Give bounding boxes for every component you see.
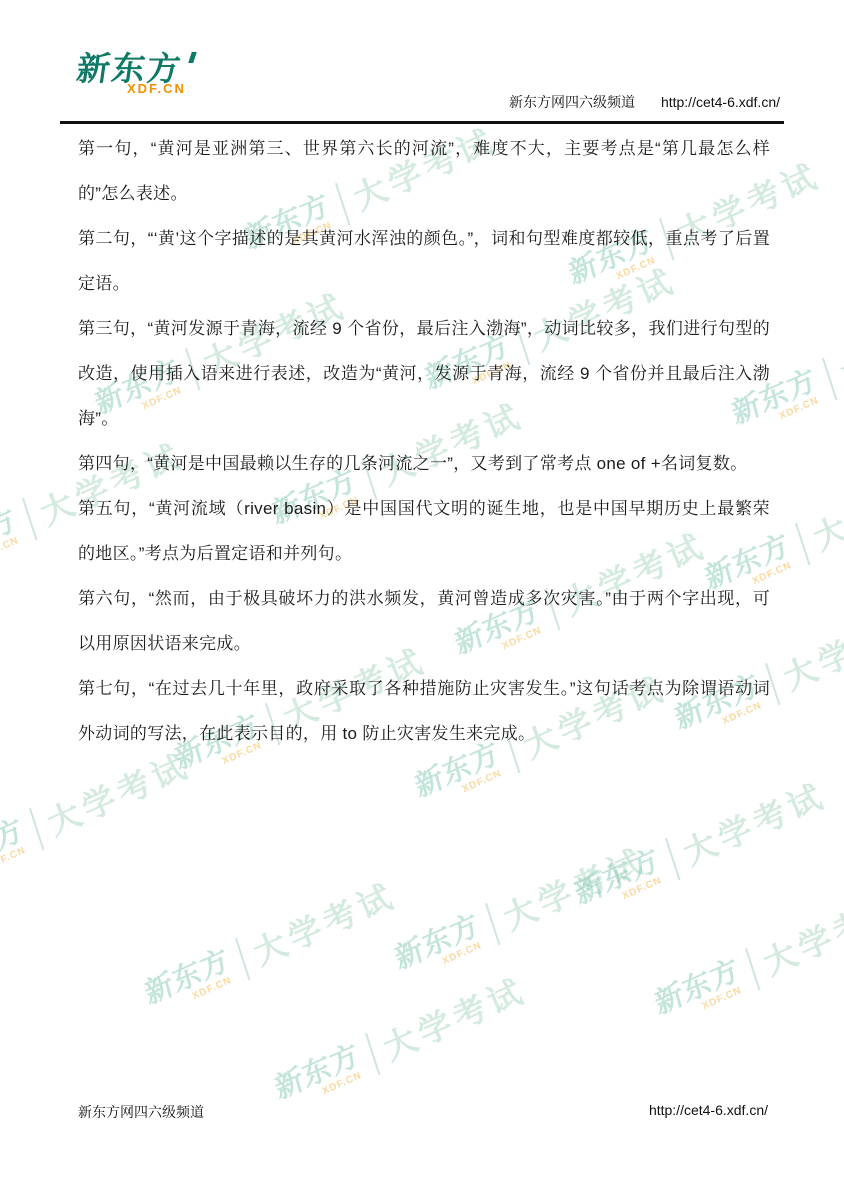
watermark-logo: 新东方XDF.CN — [570, 846, 669, 919]
watermark-logo: 新东方XDF.CN — [140, 946, 239, 1019]
watermark: 新东方XDF.CN大学考试 — [569, 770, 833, 922]
watermark-divider — [22, 497, 37, 539]
footer-url: http://cet4-6.xdf.cn/ — [649, 1102, 768, 1122]
watermark-logo: 新东方XDF.CN — [0, 506, 26, 579]
watermark-exam-text: 大学考试 — [755, 880, 844, 985]
watermark-divider — [365, 1032, 380, 1074]
watermark-domain-text: XDF.CN — [441, 938, 489, 967]
watermark-divider — [29, 807, 44, 849]
watermark-brand-text: 新东方 — [0, 815, 26, 880]
watermark-divider — [745, 947, 760, 989]
paragraph-sentence-5: 第五句，“黄河流域（river basin）是中国国代文明的诞生地，也是中国早期… — [78, 486, 770, 576]
watermark-domain-text: XDF.CN — [191, 973, 239, 1002]
watermark-divider — [795, 522, 810, 564]
watermark-domain-text: XDF.CN — [778, 393, 826, 422]
paragraph-sentence-7: 第七句，“在过去几十年里，政府采取了各种措施防止灾害发生。”这句话考点为除谓语动… — [78, 666, 770, 756]
watermark-brand-text: 新东方 — [272, 1040, 362, 1105]
watermark: 新东方XDF.CN大学考试 — [139, 870, 403, 1022]
watermark-exam-text: 大学考试 — [775, 595, 844, 700]
watermark-domain-text: XDF.CN — [0, 843, 33, 872]
watermark-brand-text: 新东方 — [572, 845, 662, 910]
watermark-divider — [665, 837, 680, 879]
watermark: 新东方XDF.CN大学考试 — [649, 880, 844, 1032]
watermark-domain-text: XDF.CN — [621, 873, 669, 902]
watermark-exam-text: 大学考试 — [495, 835, 653, 940]
header-url: http://cet4-6.xdf.cn/ — [661, 94, 780, 110]
watermark-logo: 新东方XDF.CN — [650, 956, 749, 1029]
paragraph-sentence-6: 第六句，“然而，由于极具破坏力的洪水频发，黄河曾造成多次灾害。”由于两个字出现，… — [78, 576, 770, 666]
paragraph-sentence-1: 第一句，“黄河是亚洲第三、世界第六长的河流”，难度不大，主要考点是“第几最怎么样… — [78, 126, 770, 216]
watermark-exam-text: 大学考试 — [245, 870, 403, 975]
watermark-exam-text: 大学考试 — [375, 965, 533, 1070]
watermark-brand-text: 新东方 — [0, 505, 19, 570]
header-channel-name: 新东方网四六级频道 — [509, 94, 635, 110]
watermark-exam-text: 大学考试 — [805, 455, 844, 560]
xdf-logo-tick-icon — [188, 52, 197, 63]
header-meta: 新东方网四六级频道 http://cet4-6.xdf.cn/ — [509, 92, 780, 112]
watermark: 新东方XDF.CN大学考试 — [389, 835, 653, 987]
xdf-logo: 新东方 XDF.CN — [77, 52, 186, 95]
watermark-domain-text: XDF.CN — [701, 983, 749, 1012]
watermark-domain-text: XDF.CN — [0, 533, 26, 562]
page-header: 新东方 XDF.CN 新东方网四六级频道 http://cet4-6.xdf.c… — [60, 0, 784, 124]
watermark-brand-text: 新东方 — [392, 910, 482, 975]
document-body: 第一句，“黄河是亚洲第三、世界第六长的河流”，难度不大，主要考点是“第几最怎么样… — [78, 126, 770, 756]
watermark-logo: 新东方XDF.CN — [390, 911, 489, 984]
paragraph-sentence-4: 第四句，“黄河是中国最赖以生存的几条河流之一”，又考到了常考点 one of +… — [78, 441, 770, 486]
page-footer: 新东方网四六级频道 http://cet4-6.xdf.cn/ — [78, 1102, 768, 1122]
watermark: 新东方XDF.CN大学考试 — [269, 965, 533, 1117]
watermark-domain-text: XDF.CN — [321, 1068, 369, 1097]
watermark-domain-text: XDF.CN — [461, 766, 509, 795]
watermark-divider — [485, 902, 500, 944]
watermark-divider — [822, 357, 837, 399]
xdf-logo-text: 新东方 — [75, 52, 185, 85]
watermark-exam-text: 大学考试 — [832, 290, 844, 395]
paragraph-sentence-2: 第二句，“‘黄’这个字描述的是其黄河水浑浊的颜色。”，词和句型难度都较低，重点考… — [78, 216, 770, 306]
watermark-brand-text: 新东方 — [652, 955, 742, 1020]
paragraph-sentence-3: 第三句，“黄河发源于青海，流经 9 个省份，最后注入渤海”，动词比较多，我们进行… — [78, 306, 770, 441]
document-page: 新东方XDF.CN大学考试新东方XDF.CN大学考试新东方XDF.CN大学考试新… — [0, 0, 844, 1193]
watermark-divider — [235, 937, 250, 979]
watermark-exam-text: 大学考试 — [675, 770, 833, 875]
watermark: 新东方XDF.CN大学考试 — [0, 740, 197, 892]
footer-channel-name: 新东方网四六级频道 — [78, 1102, 204, 1122]
watermark-logo: 新东方XDF.CN — [0, 816, 33, 889]
watermark-brand-text: 新东方 — [142, 945, 232, 1010]
